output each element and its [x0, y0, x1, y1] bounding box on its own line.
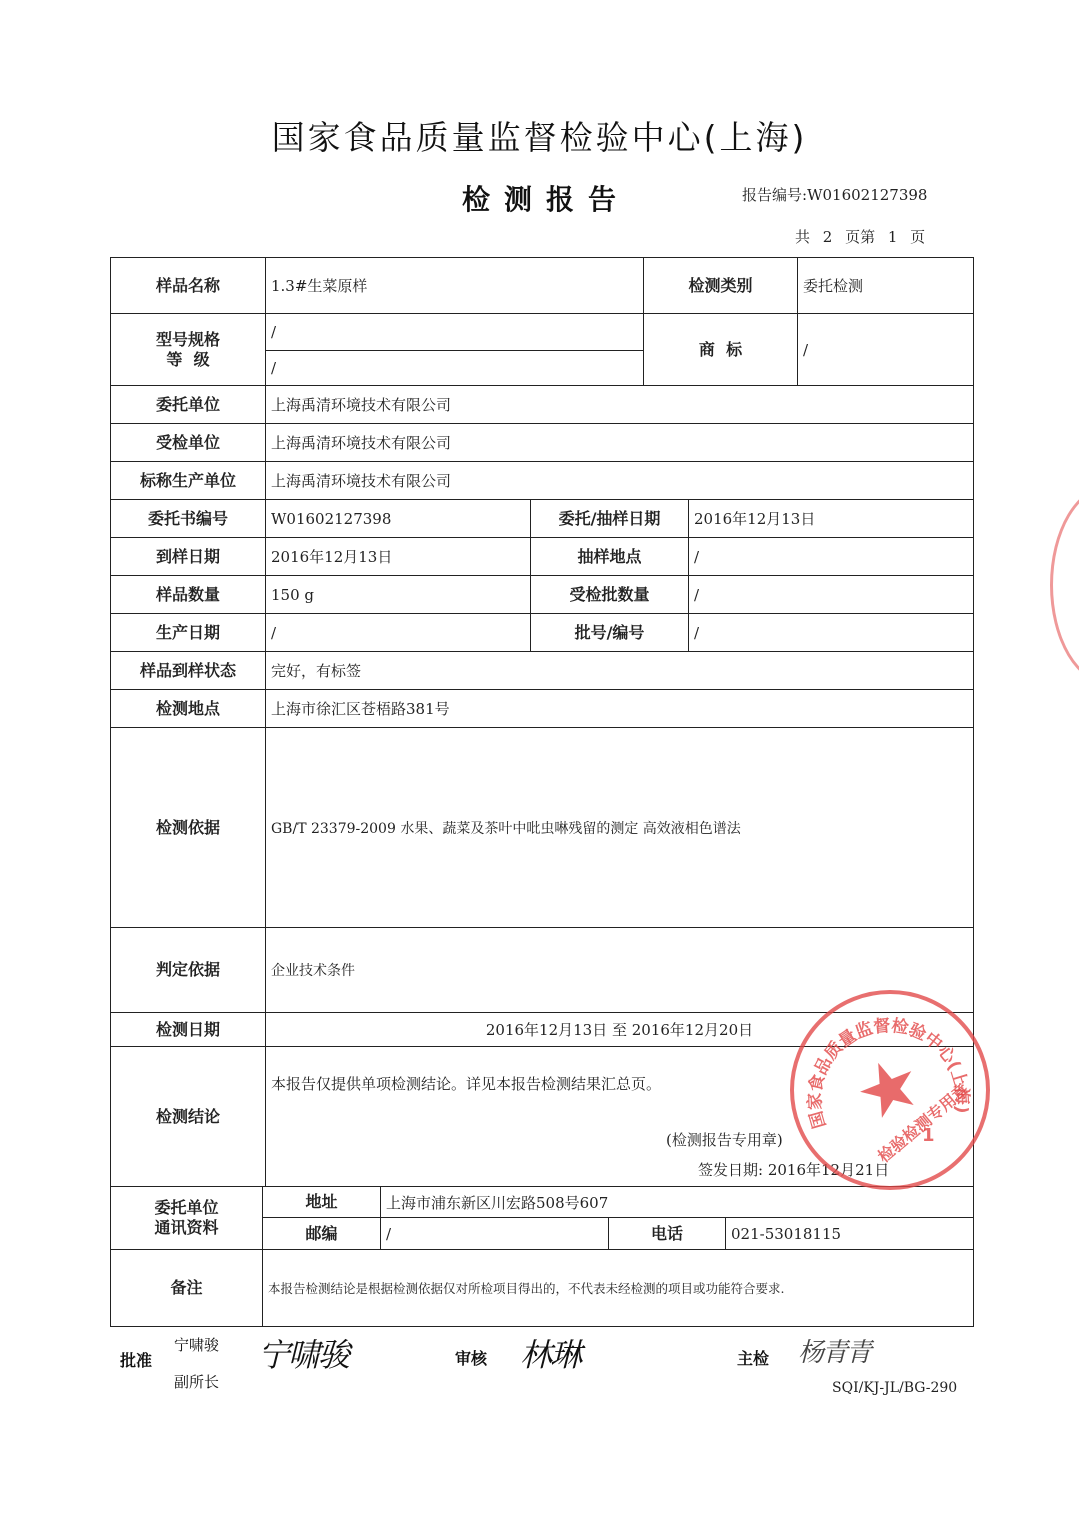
model-spec-label: 型号规格 等 级 [110, 313, 266, 386]
batch-no-value: / [688, 613, 974, 652]
address-label: 地址 [262, 1186, 381, 1218]
inspected-unit-label: 受检单位 [110, 423, 266, 462]
test-type-value: 委托检测 [797, 257, 974, 314]
client-label: 委托单位 [110, 385, 266, 424]
sample-state-value: 完好，有标签 [265, 651, 974, 690]
form-code: SQI/KJ-JL/BG-290 [832, 1380, 957, 1396]
test-date-label: 检测日期 [110, 1012, 266, 1047]
approver-name: 宁啸骏 [174, 1334, 219, 1355]
batch-qty-label: 受检批数量 [530, 575, 689, 614]
issue-date-value: 2016年12月21日 [768, 1161, 889, 1179]
arrival-date-label: 到样日期 [110, 537, 266, 576]
approve-label: 批准 [120, 1348, 152, 1371]
page-info: 共 2 页第 1 页 [795, 226, 925, 247]
sample-name-value: 1.3#生菜原样 [265, 257, 644, 314]
client-contact-label-line2: 通讯资料 [154, 1218, 218, 1238]
report-number-label: 报告编号: [742, 186, 807, 204]
chief-label: 主检 [737, 1346, 769, 1369]
remarks-label: 备注 [110, 1249, 263, 1327]
test-date-value: 2016年12月13日 至 2016年12月20日 [265, 1012, 974, 1047]
issue-date-label: 签发日期: [698, 1161, 763, 1179]
commission-no-label: 委托书编号 [110, 499, 266, 538]
sample-qty-label: 样品数量 [110, 575, 266, 614]
approver-title: 副所长 [174, 1371, 219, 1392]
model-spec-label-line1: 型号规格 [156, 330, 220, 350]
test-type-label: 检测类别 [643, 257, 798, 314]
address-value: 上海市浦东新区川宏路508号607 [380, 1186, 974, 1218]
review-label: 审核 [455, 1346, 487, 1369]
trademark-value: / [797, 313, 974, 386]
producer-label: 标称生产单位 [110, 461, 266, 500]
test-site-value: 上海市徐汇区苍梧路381号 [265, 689, 974, 728]
conclusion-text: 本报告仅提供单项检测结论。详见本报告检测结果汇总页。 [271, 1073, 661, 1094]
arrival-date-value: 2016年12月13日 [265, 537, 531, 576]
judgment-basis-value: 企业技术条件 [265, 927, 974, 1013]
sampling-date-label: 委托/抽样日期 [530, 499, 689, 538]
sample-qty-value: 150 g [265, 575, 531, 614]
seal-note: (检测报告专用章) [666, 1129, 783, 1150]
client-value: 上海禹清环境技术有限公司 [265, 385, 974, 424]
report-table: 样品名称 1.3#生菜原样 检测类别 委托检测 型号规格 等 级 / / 商 标… [110, 257, 974, 1327]
test-site-label: 检测地点 [110, 689, 266, 728]
batch-qty-value: / [688, 575, 974, 614]
inspected-unit-value: 上海禹清环境技术有限公司 [265, 423, 974, 462]
issue-date: 签发日期: 2016年12月21日 [698, 1159, 889, 1180]
document-title: 国家食品质量监督检验中心(上海) [0, 112, 1079, 159]
client-contact-label-line1: 委托单位 [154, 1198, 218, 1218]
postcode-value: / [380, 1217, 609, 1250]
postcode-label: 邮编 [262, 1217, 381, 1250]
commission-no-value: W01602127398 [265, 499, 531, 538]
phone-value: 021-53018115 [725, 1217, 974, 1250]
chief-signature: 杨青青 [798, 1332, 870, 1369]
model-value: / [265, 313, 644, 351]
judgment-basis-label: 判定依据 [110, 927, 266, 1013]
production-date-label: 生产日期 [110, 613, 266, 652]
report-heading: 检测报告 [462, 178, 630, 218]
reviewer-signature: 林琳 [520, 1330, 580, 1376]
trademark-label: 商 标 [643, 313, 798, 386]
model-spec-label-line2: 等 级 [166, 350, 209, 370]
batch-no-label: 批号/编号 [530, 613, 689, 652]
report-number-value: W01602127398 [807, 186, 927, 204]
report-number: 报告编号:W01602127398 [742, 184, 927, 205]
approver-signature: 宁啸骏 [258, 1330, 348, 1376]
conclusion-cell: 本报告仅提供单项检测结论。详见本报告检测结果汇总页。 (检测报告专用章) 签发日… [265, 1046, 974, 1187]
test-basis-label: 检测依据 [110, 727, 266, 928]
producer-value: 上海禹清环境技术有限公司 [265, 461, 974, 500]
sample-state-label: 样品到样状态 [110, 651, 266, 690]
partial-seal-edge [1050, 485, 1079, 685]
conclusion-label: 检测结论 [110, 1046, 266, 1187]
sampling-date-value: 2016年12月13日 [688, 499, 974, 538]
sampling-place-value: / [688, 537, 974, 576]
test-basis-value: GB/T 23379-2009 水果、蔬菜及茶叶中吡虫啉残留的测定 高效液相色谱… [265, 727, 974, 928]
grade-value: / [265, 350, 644, 386]
client-contact-label: 委托单位 通讯资料 [110, 1186, 263, 1250]
sampling-place-label: 抽样地点 [530, 537, 689, 576]
remarks-value: 本报告检测结论是根据检测依据仅对所检项目得出的，不代表未经检测的项目或功能符合要… [262, 1249, 974, 1327]
production-date-value: / [265, 613, 531, 652]
sample-name-label: 样品名称 [110, 257, 266, 314]
phone-label: 电话 [608, 1217, 726, 1250]
